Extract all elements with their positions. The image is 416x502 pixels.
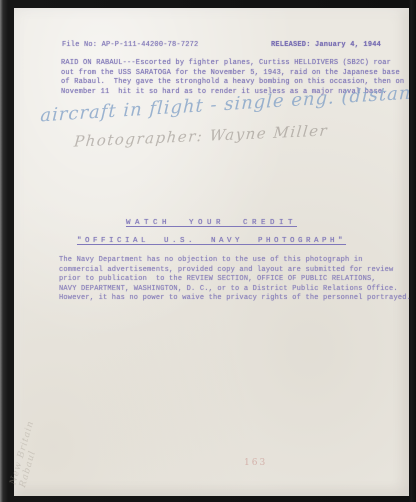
caption-line: out from the USS SARATOGA for the Novemb…	[61, 69, 406, 79]
usage-notice: The Navy Department has no objection to …	[59, 256, 409, 304]
notice-line: prior to publication to the REVIEW SECTI…	[59, 275, 409, 285]
caption-line: RAID ON RABAUL---Escorted by fighter pla…	[61, 59, 406, 69]
notice-line: NAVY DEPARTMENT, WASHINGTON, D. C., or t…	[59, 285, 409, 295]
scan-edge-shadow	[409, 0, 416, 502]
pencil-photographer-annotation: Photographer: Wayne Miller	[73, 121, 329, 150]
photo-paper-back: File No: AP-P-111-44200-78-7272 RELEASED…	[14, 8, 409, 496]
notice-line: The Navy Department has no objection to …	[59, 256, 409, 266]
notice-line: However, it has no power to waive the pr…	[59, 294, 409, 304]
photo-scan-frame: File No: AP-P-111-44200-78-7272 RELEASED…	[0, 0, 416, 502]
credit-heading: WATCH YOUR CREDIT	[14, 219, 409, 227]
release-date: RELEASED: January 4, 1944	[271, 41, 381, 51]
red-index-number: 163	[244, 458, 267, 468]
corner-pencil-note: New Britain Rabaul	[8, 420, 45, 489]
notice-line: commercial advertisements, provided copy…	[59, 266, 409, 276]
credit-subheading: "OFFICIAL U.S. NAVY PHOTOGRAPH"	[14, 237, 409, 245]
